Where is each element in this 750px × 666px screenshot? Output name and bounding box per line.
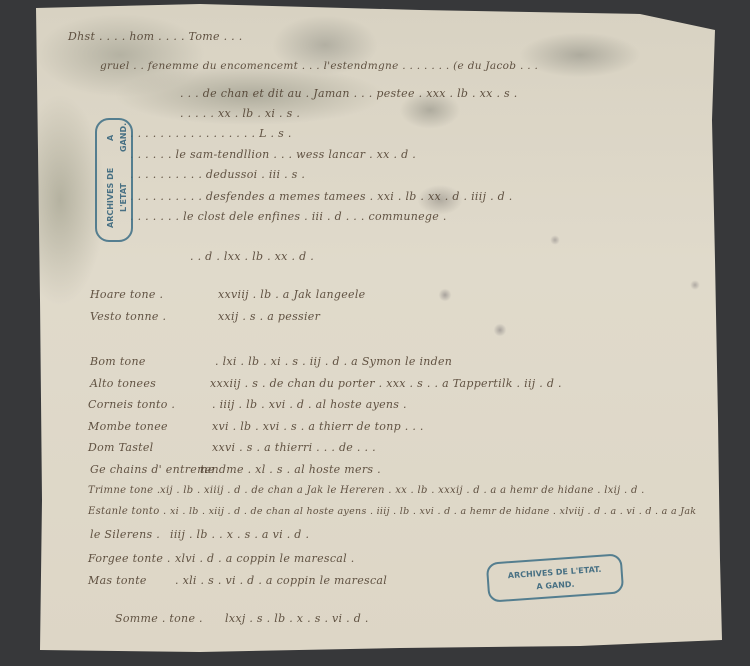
entry-label: Mombe tonee — [88, 420, 168, 433]
header-line-1: Dhst . . . . hom . . . . Tome . . . — [68, 30, 243, 43]
entry-value: xxij . s . a pessier — [218, 310, 320, 323]
entry-value: xxvi . s . a thierri . . . de . . . — [212, 441, 376, 454]
entry-label: Corneis tonto . — [88, 398, 175, 411]
header-line-6: . . . . . . le sam-tendllion . . . wess … — [130, 148, 416, 161]
document-viewer: Dhst . . . . hom . . . . Tome . . . grue… — [0, 0, 750, 666]
entry-label: Estanle tonto . — [88, 506, 167, 517]
header-line-8: . . . . . . . . . . desfendes a memes ta… — [130, 190, 513, 203]
entry-label: le Silerens . — [90, 528, 160, 541]
entry-value: iiij . lb . . x . s . a vi . d . — [170, 528, 309, 541]
entry-label: Ge chains d' entreme — [90, 463, 215, 476]
entry-label: Hoare tone . — [90, 288, 163, 301]
entry-label: Trimne tone . — [88, 485, 160, 496]
header-line-2: gruel . . fenemme du encomencemt . . . l… — [100, 60, 538, 72]
entry-label: Mas tonte — [88, 574, 147, 587]
entry-value: xi . lb . xiij . d . de chan al hoste ay… — [170, 506, 696, 517]
entry-value: xxxiij . s . de chan du porter . xxx . s… — [210, 377, 562, 390]
header-line-9: . . . . . . . le clost dele enfines . ii… — [130, 210, 447, 223]
entry-value: . xli . s . vi . d . a coppin le maresca… — [175, 574, 387, 587]
entry-label: Forgee tonte . — [88, 552, 171, 565]
header-line-3: . . . de chan et dit au . Jaman . . . pe… — [180, 87, 518, 100]
entry-value: xxviij . lb . a Jak langeele — [218, 288, 365, 301]
entry-value: xvi . lb . xvi . s . a thierr de tonp . … — [212, 420, 424, 433]
header-subtotal: . . d . lxx . lb . xx . d . — [190, 250, 314, 263]
entry-value: xlvi . d . a coppin le marescal . — [175, 552, 355, 565]
stamp-text-line2: A GAND. — [104, 120, 130, 155]
entry-value: tendme . xl . s . al hoste mers . — [200, 463, 381, 476]
total-value: lxxj . s . lb . x . s . vi . d . — [225, 612, 369, 625]
entry-value: . lxi . lb . xi . s . iij . d . a Symon … — [215, 355, 452, 368]
entry-label: Dom Tastel — [88, 441, 154, 454]
header-line-7: . . . . . . . . . . dedussoi . iii . s . — [130, 168, 305, 181]
entry-label: Vesto tonne . — [90, 310, 166, 323]
header-line-4: . . . . . xx . lb . xi . s . — [180, 107, 300, 120]
entry-label: Bom tone — [90, 355, 146, 368]
stamp-text-line1: ARCHIVES DE L'ETAT — [104, 155, 130, 240]
entry-value: xij . lb . xiiij . d . de chan a Jak le … — [160, 485, 645, 496]
archive-stamp-left: ARCHIVES DE L'ETAT A GAND. — [95, 118, 133, 242]
header-line-5: . . . . . . . . . . . . . . . . . L . s … — [130, 127, 292, 140]
parchment-page: Dhst . . . . hom . . . . Tome . . . grue… — [0, 0, 750, 666]
total-label: Somme . tone . — [115, 612, 203, 625]
entry-label: Alto tonees — [90, 377, 156, 390]
entry-value: . iiij . lb . xvi . d . al hoste ayens . — [212, 398, 407, 411]
